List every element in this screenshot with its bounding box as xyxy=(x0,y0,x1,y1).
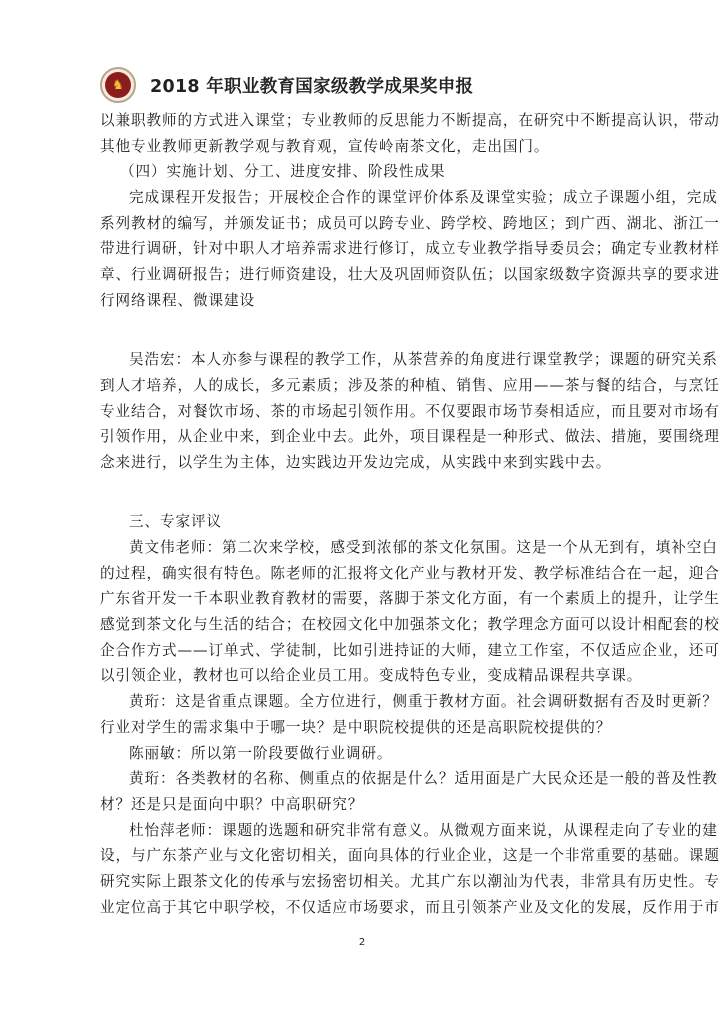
text-line: 带进行调研，针对中职人才培养需求进行修订，成立专业教学指导委员会；确定专业教材样 xyxy=(100,236,650,262)
paragraph-chen-limin: 陈丽敏：所以第一阶段要做行业调研。 xyxy=(100,741,650,767)
text-line: 以引领企业，教材也可以给企业员工用。变成特色专业，变成精品课程共享课。 xyxy=(100,663,650,689)
text-line: 业定位高于其它中职学校，不仅适应市场要求，而且引领茶产业及文化的发展，反作用于市 xyxy=(100,895,650,921)
text-line: 设，与广东茶产业与文化密切相关，面向具体的行业企业，这是一个非常重要的基础。课题 xyxy=(100,843,650,869)
text-line: 其他专业教师更新教学观与教育观，宣传岭南茶文化，走出国门。 xyxy=(100,134,650,160)
text-line: 黄珩：各类教材的名称、侧重点的依据是什么？适用面是广大民众还是一般的普及性教 xyxy=(100,766,650,792)
spacer xyxy=(100,501,650,509)
text-line: 系列教材的编写，并颁发证书；成员可以跨专业、跨学校、跨地区；到广西、湖北、浙江一 xyxy=(100,211,650,237)
text-line: 陈丽敏：所以第一阶段要做行业调研。 xyxy=(100,741,650,767)
section-heading-4: （四）实施计划、分工、进度安排、阶段性成果 xyxy=(100,159,650,185)
paragraph-huang-heng-1: 黄珩：这是省重点课题。全方位进行，侧重于教材方面。社会调研数据有否及时更新？ 行… xyxy=(100,689,650,740)
text-line: 企合作方式——订单式、学徒制，比如引进持证的大师，建立工作室，不仅适应企业，还可 xyxy=(100,638,650,664)
section-heading-3: 三、专家评议 xyxy=(100,509,650,535)
page-header: ♞ 2018 年职业教育国家级教学成果奖申报 xyxy=(100,63,640,107)
text-line: 感觉到茶文化与生活的结合；在校园文化中加强茶文化；教学理念方面可以设计相配套的校 xyxy=(100,612,650,638)
text-line: 黄珩：这是省重点课题。全方位进行，侧重于教材方面。社会调研数据有否及时更新？ xyxy=(100,689,650,715)
text-line: 到人才培养，人的成长，多元素质；涉及茶的种植、销售、应用——茶与餐的结合，与烹饪 xyxy=(100,373,650,399)
paragraph-huang-wenwei: 黄文伟老师：第二次来学校，感受到浓郁的茶文化氛围。这是一个从无到有，填补空白 的… xyxy=(100,535,650,689)
text-line: 吴浩宏：本人亦参与课程的教学工作，从茶营养的角度进行课堂教学；课题的研究关系 xyxy=(100,347,650,373)
text-line: 的过程，确实很有特色。陈老师的汇报将文化产业与教材开发、教学标准结合在一起，迎合 xyxy=(100,561,650,587)
spacer xyxy=(100,476,650,502)
text-line: 黄文伟老师：第二次来学校，感受到浓郁的茶文化氛围。这是一个从无到有，填补空白 xyxy=(100,535,650,561)
document-body: 以兼职教师的方式进入课堂；专业教师的反思能力不断提高，在研究中不断提高认识，带动… xyxy=(100,108,650,920)
text-line: 行业对学生的需求集中于哪一块？是中职院校提供的还是高职院校提供的？ xyxy=(100,715,650,741)
text-line: 完成课程开发报告；开展校企合作的课堂评价体系及课堂实验；成立子课题小组，完成 xyxy=(100,185,650,211)
text-line: 专业结合，对餐饮市场、茶的市场起引领作用。不仅要跟市场节奏相适应，而且要对市场有 xyxy=(100,399,650,425)
text-line: 章、行业调研报告；进行师资建设，壮大及巩固师资队伍；以国家级数字资源共享的要求进 xyxy=(100,262,650,288)
spacer xyxy=(100,314,650,340)
school-emblem-icon: ♞ xyxy=(100,67,136,103)
spacer xyxy=(100,339,650,347)
text-line: 杜怡萍老师：课题的选题和研究非常有意义。从微观方面来说，从课程走向了专业的建 xyxy=(100,818,650,844)
horse-icon: ♞ xyxy=(105,72,131,98)
paragraph-plan: 完成课程开发报告；开展校企合作的课堂评价体系及课堂实验；成立子课题小组，完成 系… xyxy=(100,185,650,313)
paragraph-huang-heng-2: 黄珩：各类教材的名称、侧重点的依据是什么？适用面是广大民众还是一般的普及性教 材… xyxy=(100,766,650,817)
document-title: 2018 年职业教育国家级教学成果奖申报 xyxy=(150,73,473,98)
text-line: 广东省开发一千本职业教育教材的需要，落脚于茶文化方面，有一个素质上的提升，让学生 xyxy=(100,586,650,612)
text-line: 材？还是只是面向中职？中高职研究？ xyxy=(100,792,650,818)
text-line: 念来进行，以学生为主体，边实践边开发边完成，从实践中来到实践中去。 xyxy=(100,450,650,476)
paragraph-wu-haohong: 吴浩宏：本人亦参与课程的教学工作，从茶营养的角度进行课堂教学；课题的研究关系 到… xyxy=(100,347,650,475)
paragraph-continuation: 以兼职教师的方式进入课堂；专业教师的反思能力不断提高，在研究中不断提高认识，带动… xyxy=(100,108,650,159)
text-line: 研究实际上跟茶文化的传承与宏扬密切相关。尤其广东以潮汕为代表，非常具有历史性。专 xyxy=(100,869,650,895)
text-line: 引领作用，从企业中来，到企业中去。此外，项目课程是一种形式、做法、措施，要围绕理 xyxy=(100,424,650,450)
page-number: 2 xyxy=(0,937,724,948)
paragraph-du-yiping: 杜怡萍老师：课题的选题和研究非常有意义。从微观方面来说，从课程走向了专业的建 设… xyxy=(100,818,650,921)
text-line: 行网络课程、微课建设 xyxy=(100,288,650,314)
text-line: 以兼职教师的方式进入课堂；专业教师的反思能力不断提高，在研究中不断提高认识，带动 xyxy=(100,108,650,134)
